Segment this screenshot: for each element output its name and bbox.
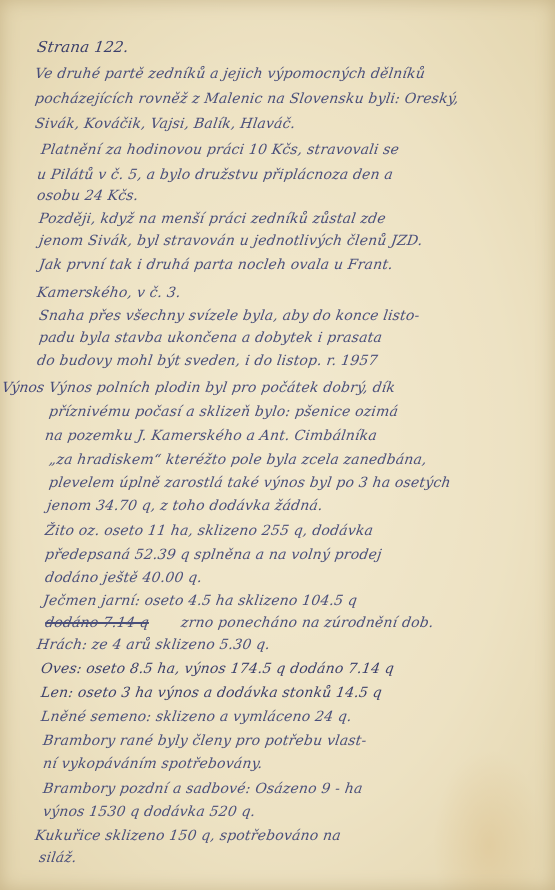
text-line: jenom Sivák, byl stravován u jednotlivýc… — [38, 233, 424, 249]
text-line: Oves: oseto 8.5 ha, výnos 174.5 q dodáno… — [40, 661, 395, 677]
text-line: Později, když na menší práci zedníků zůs… — [38, 211, 387, 227]
text-line: Kamerského, v č. 3. — [36, 285, 182, 301]
text-line: Len: oseto 3 ha výnos a dodávka stonků 1… — [40, 685, 383, 701]
text-line: do budovy mohl být sveden, i do listop. … — [36, 353, 379, 369]
text-line: dodáno ještě 40.00 q. — [44, 570, 203, 586]
text-line: Výnos polních plodin byl pro počátek dob… — [48, 380, 396, 396]
text-line: na pozemku J. Kamerského a Ant. Cimbální… — [44, 428, 378, 444]
text-line: osobu 24 Kčs. — [36, 188, 140, 204]
text-line: výnos 1530 q dodávka 520 q. — [42, 804, 257, 820]
text-line: pocházejících rovněž z Malenic na Sloven… — [34, 91, 460, 107]
text-line: Sivák, Kováčik, Vajsi, Balík, Hlaváč. — [34, 116, 296, 132]
text-line: Hrách: ze 4 arů sklizeno 5.30 q. — [36, 637, 271, 653]
text-line: Kukuřice sklizeno 150 q, spotřebováno na — [34, 828, 342, 844]
text-line: příznivému počasí a sklizeň bylo: pšenic… — [48, 404, 399, 420]
text-line: Jak první tak i druhá parta nocleh ovala… — [38, 257, 394, 273]
margin-note: Výnos — [1, 380, 45, 396]
text-line: „za hradiskem“ kteréžto pole byla zcela … — [48, 452, 428, 468]
text-line: Brambory pozdní a sadbové: Osázeno 9 - h… — [42, 781, 364, 797]
text-line: Ve druhé partě zedníků a jejich výpomocn… — [34, 66, 426, 82]
text-line: Ječmen jarní: oseto 4.5 ha sklizeno 104.… — [42, 593, 358, 609]
text-line: Snaha přes všechny svízele byla, aby do … — [38, 308, 421, 324]
text-line: plevelem úplně zarostlá také výnos byl p… — [48, 475, 452, 491]
text-line: Žito oz. oseto 11 ha, sklizeno 255 q, do… — [44, 523, 374, 539]
text-line: jenom 34.70 q, z toho dodávka žádná. — [46, 498, 324, 514]
page-heading: Strana 122. — [36, 38, 130, 56]
text-line: u Pilátů v č. 5, a bylo družstvu připlác… — [36, 167, 394, 183]
struck-text: dodáno 7.14 q — [44, 615, 150, 631]
document-page: Strana 122. Ve druhé partě zedníků a jej… — [0, 0, 555, 890]
text-line: Platnění za hodinovou práci 10 Kčs, stra… — [40, 142, 400, 158]
text-line: Lněné semeno: sklizeno a vymláceno 24 q. — [40, 709, 353, 725]
text-line: Brambory rané byly členy pro potřebu vla… — [42, 733, 368, 749]
text-line: padu byla stavba ukončena a dobytek i pr… — [38, 330, 383, 346]
text-line: předepsaná 52.39 q splněna a na volný pr… — [44, 547, 383, 563]
text-line: siláž. — [38, 850, 78, 866]
text-line: zrno ponecháno na zúrodnění dob. — [180, 615, 435, 631]
text-line: ní vykopáváním spotřebovány. — [42, 756, 264, 772]
